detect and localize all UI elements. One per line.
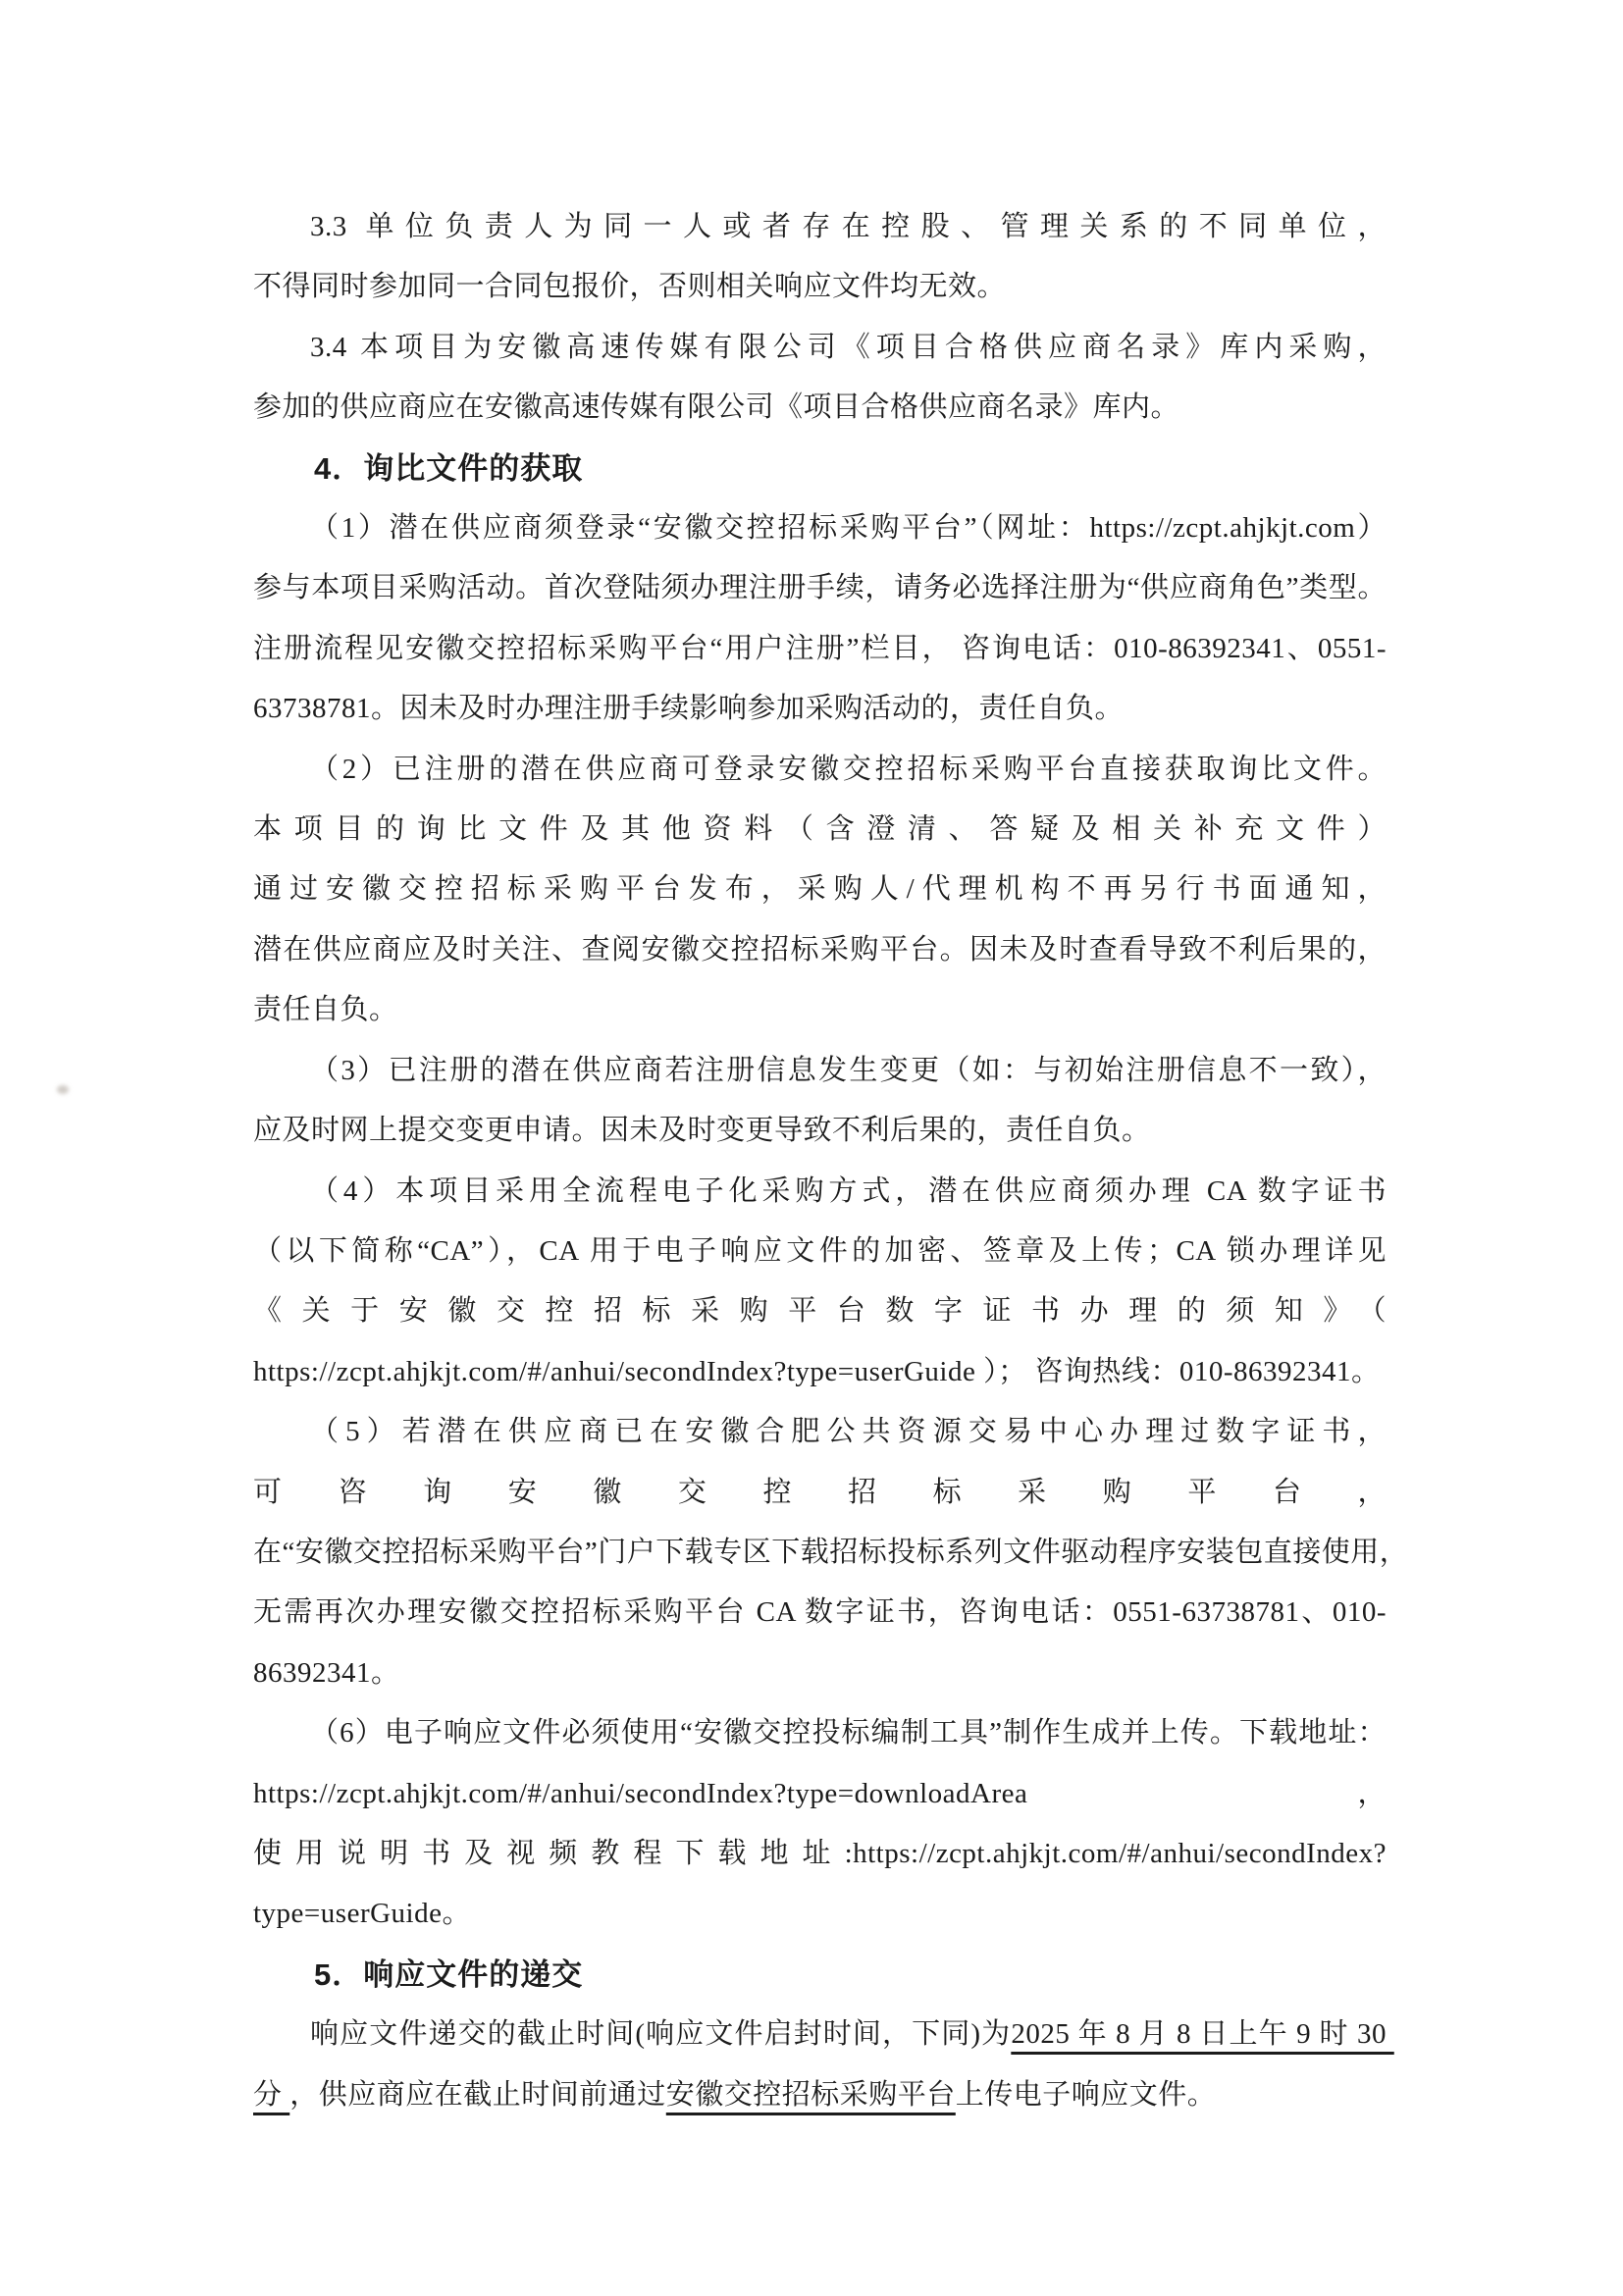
text-segment: ，供应商应在截止时间前通过 xyxy=(289,2079,666,2111)
paragraph: 响应文件递交的截止时间(响应文件启封时间，下同)为2025 年 8 月 8 日上… xyxy=(253,2005,1387,2125)
paragraph: （2）已注册的潜在供应商可登录安徽交控招标采购平台直接获取询比文件。本项目的询比… xyxy=(253,740,1387,1041)
paragraph: （4）本项目采用全流程电子化采购方式，潜在供应商须办理 CA 数字证书（以下简称… xyxy=(253,1162,1387,1403)
paragraph: （6）电子响应文件必须使用“安徽交控投标编制工具”制作生成并上传。下载地址：ht… xyxy=(253,1703,1387,1945)
scan-artifact xyxy=(57,1085,69,1094)
document-body: 3.3 单位负责人为同一人或者存在控股、管理关系的不同单位，不得同时参加同一合同… xyxy=(253,197,1387,2125)
document-page: 3.3 单位负责人为同一人或者存在控股、管理关系的不同单位，不得同时参加同一合同… xyxy=(0,0,1623,2296)
section-heading: 4．询比文件的获取 xyxy=(253,439,1387,498)
section-heading: 5．响应文件的递交 xyxy=(253,1945,1387,2005)
paragraph: 3.3 单位负责人为同一人或者存在控股、管理关系的不同单位，不得同时参加同一合同… xyxy=(253,197,1387,318)
text-segment: 响应文件递交的截止时间(响应文件启封时间，下同)为 xyxy=(310,2018,1011,2050)
paragraph: （1）潜在供应商须登录“安徽交控招标采购平台”（网址：https://zcpt.… xyxy=(253,498,1387,740)
paragraph: 3.4 本项目为安徽高速传媒有限公司《项目合格供应商名录》库内采购，参加的供应商… xyxy=(253,318,1387,439)
paragraph: （3）已注册的潜在供应商若注册信息发生变更（如：与初始注册信息不一致）， 应及时… xyxy=(253,1041,1387,1162)
text-segment: 上传电子响应文件。 xyxy=(956,2079,1217,2111)
paragraph: （5）若潜在供应商已在安徽合肥公共资源交易中心办理过数字证书，可咨询安徽交控招标… xyxy=(253,1402,1387,1703)
underlined-text: 安徽交控招标采购平台 xyxy=(666,2079,956,2111)
